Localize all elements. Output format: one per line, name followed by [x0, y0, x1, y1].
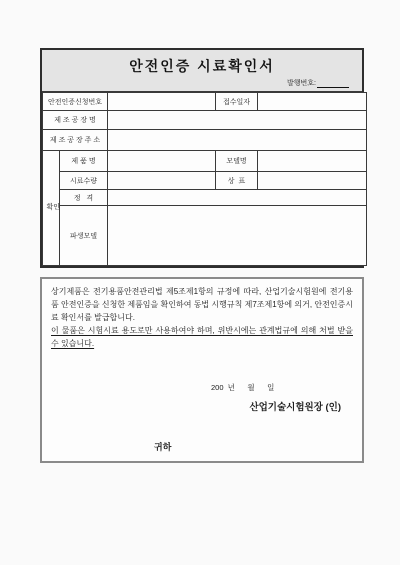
issue-number-line: 발행번호: [42, 78, 362, 88]
application-number-label: 안전인증신청번호 [43, 93, 108, 111]
factory-address-value [108, 130, 367, 151]
statement-warning: 이 물품은 시험시료 용도로만 사용하여야 하며, 위반시에는 관계법규에 의해… [51, 324, 353, 350]
signer-name: 산업기술시험원장 (인) [51, 401, 353, 414]
table-row: 시료수량 상 표 [43, 172, 367, 190]
receipt-date-label: 접수일자 [216, 93, 258, 111]
certificate-fields-table: 안전인증신청번호 접수일자 제 조 공 장 명 제 조 공 장 주 소 확인대상… [42, 92, 367, 266]
sample-quantity-value [108, 172, 216, 190]
application-number-value [108, 93, 216, 111]
derived-model-label: 파생모델 [60, 206, 108, 266]
rating-label: 정 격 [60, 190, 108, 206]
product-name-value [108, 151, 216, 172]
sample-quantity-label: 시료수량 [60, 172, 108, 190]
factory-address-label: 제 조 공 장 주 소 [43, 130, 108, 151]
table-row: 파생모델 [43, 206, 367, 266]
issue-number-blank [317, 80, 349, 88]
page-title: 안전인증 시료확인서 [42, 56, 362, 76]
table-row: 안전인증신청번호 접수일자 [43, 93, 367, 111]
receipt-date-value [258, 93, 367, 111]
date-line: 200 년 월 일 [51, 381, 353, 394]
recipient-label: 귀하 [51, 441, 353, 454]
table-row: 제 조 공 장 주 소 [43, 130, 367, 151]
table-row: 확인대상 제 품 명 모델명 [43, 151, 367, 172]
certificate-table: 안전인증 시료확인서 발행번호: 안전인증신청번호 접수일자 제 조 공 장 명… [40, 48, 364, 268]
document-sheet: 안전인증 시료확인서 발행번호: 안전인증신청번호 접수일자 제 조 공 장 명… [40, 48, 364, 463]
factory-name-value [108, 111, 367, 130]
title-block: 안전인증 시료확인서 발행번호: [42, 50, 362, 92]
trademark-label: 상 표 [216, 172, 258, 190]
table-row: 정 격 [43, 190, 367, 206]
model-name-label: 모델명 [216, 151, 258, 172]
product-name-label: 제 품 명 [60, 151, 108, 172]
table-row: 제 조 공 장 명 [43, 111, 367, 130]
issue-number-label: 발행번호: [287, 78, 316, 88]
confirmation-target-group-label: 확인대상 [47, 202, 56, 213]
rating-value [108, 190, 367, 206]
model-name-value [258, 151, 367, 172]
confirmation-target-group-label-cell: 확인대상 [43, 151, 60, 266]
statement-body: 상기제품은 전기용품안전관리법 제5조제1항의 규정에 따라, 산업기술시험원에… [51, 285, 353, 324]
statement-box: 상기제품은 전기용품안전관리법 제5조제1항의 규정에 따라, 산업기술시험원에… [40, 277, 364, 463]
trademark-value [258, 172, 367, 190]
factory-name-label: 제 조 공 장 명 [43, 111, 108, 130]
derived-model-value [108, 206, 367, 266]
